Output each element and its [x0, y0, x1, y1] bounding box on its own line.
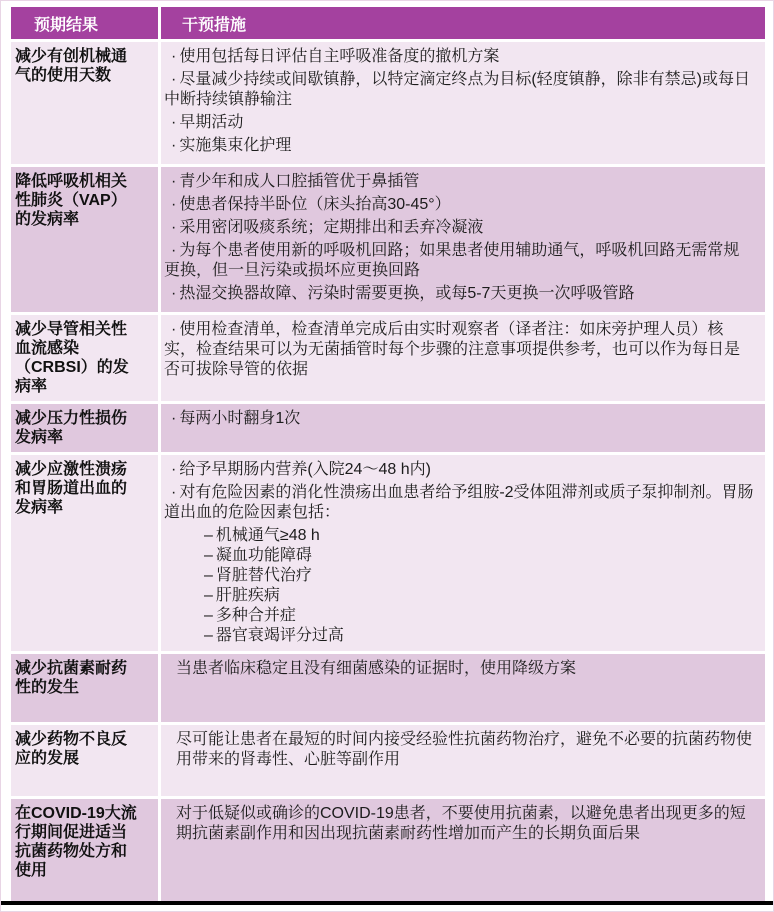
measures-cell: ·使用包括每日评估自主呼吸准备度的撤机方案·尽量减少持续或间歇镇静，以特定滴定终… — [161, 42, 765, 164]
measure-item: 当患者临床稳定且没有细菌感染的证据时，使用降级方案 — [164, 659, 755, 679]
measure-item: –机械通气≥48 h — [164, 526, 755, 546]
measure-item: ·使患者保持半卧位（床头抬高30-45°） — [164, 195, 755, 215]
measure-item: 对于低疑似或确诊的COVID-19患者，不要使用抗菌素，以避免患者出现更多的短期… — [164, 804, 755, 844]
table-row: 减少抗菌素耐药性的发生当患者临床稳定且没有细菌感染的证据时，使用降级方案 — [11, 654, 765, 722]
bullet-marker: · — [171, 196, 176, 213]
bullet-marker: · — [171, 219, 176, 236]
measure-item: ·使用包括每日评估自主呼吸准备度的撤机方案 — [164, 47, 755, 67]
bullet-marker: · — [171, 137, 176, 154]
table-row: 减少药物不良反应的发展尽可能让患者在最短的时间内接受经验性抗菌药物治疗，避免不必… — [11, 725, 765, 796]
measure-item: –器官衰竭评分过高 — [164, 626, 755, 646]
outcome-title: 减少抗菌素耐药性的发生 — [15, 659, 140, 697]
measure-item: –多种合并症 — [164, 606, 755, 626]
outcome-cell: 减少压力性损伤发病率 — [11, 404, 158, 452]
outcome-title: 减少有创机械通气的使用天数 — [15, 47, 140, 85]
bottom-rule — [1, 901, 773, 905]
measures-cell: 当患者临床稳定且没有细菌感染的证据时，使用降级方案 — [161, 654, 765, 722]
measure-item: ·为每个患者使用新的呼吸机回路；如果患者使用辅助通气，呼吸机回路无需常规更换，但… — [164, 241, 755, 281]
bullet-marker: · — [171, 461, 176, 478]
dash-marker: – — [204, 567, 213, 584]
table-row: 减少压力性损伤发病率·每两小时翻身1次 — [11, 404, 765, 452]
dash-marker: – — [204, 587, 213, 604]
measure-item: ·青少年和成人口腔插管优于鼻插管 — [164, 172, 755, 192]
table-row: 降低呼吸机相关性肺炎（VAP）的发病率·青少年和成人口腔插管优于鼻插管·使患者保… — [11, 167, 765, 312]
dash-marker: – — [204, 547, 213, 564]
document-page: 预期结果 干预措施 减少有创机械通气的使用天数·使用包括每日评估自主呼吸准备度的… — [0, 0, 774, 912]
outcome-cell: 减少应激性溃疡和胃肠道出血的发病率 — [11, 455, 158, 651]
bullet-marker: · — [171, 410, 176, 427]
outcome-cell: 降低呼吸机相关性肺炎（VAP）的发病率 — [11, 167, 158, 312]
outcome-cell: 减少有创机械通气的使用天数 — [11, 42, 158, 164]
measures-cell: ·给予早期肠内营养(入院24～48 h内)·对有危险因素的消化性溃疡出血患者给予… — [161, 455, 765, 651]
bullet-marker: · — [171, 173, 176, 190]
table-row: 减少导管相关性血流感染（CRBSI）的发病率·使用检查清单，检查清单完成后由实时… — [11, 315, 765, 401]
outcome-title: 减少压力性损伤发病率 — [15, 409, 140, 447]
interventions-table: 预期结果 干预措施 减少有创机械通气的使用天数·使用包括每日评估自主呼吸准备度的… — [11, 7, 765, 903]
bullet-marker: · — [171, 321, 176, 338]
measures-cell: ·每两小时翻身1次 — [161, 404, 765, 452]
table-body: 减少有创机械通气的使用天数·使用包括每日评估自主呼吸准备度的撤机方案·尽量减少持… — [11, 42, 765, 903]
header-interventions: 干预措施 — [161, 7, 765, 39]
measure-item: –凝血功能障碍 — [164, 546, 755, 566]
bullet-marker: · — [171, 48, 176, 65]
measures-cell: ·使用检查清单，检查清单完成后由实时观察者（译者注：如床旁护理人员）核实，检查结… — [161, 315, 765, 401]
bullet-marker: · — [171, 285, 176, 302]
measure-item: –肝脏疾病 — [164, 586, 755, 606]
outcome-title: 减少药物不良反应的发展 — [15, 730, 140, 768]
bullet-marker: · — [171, 71, 176, 88]
table-row: 减少应激性溃疡和胃肠道出血的发病率·给予早期肠内营养(入院24～48 h内)·对… — [11, 455, 765, 651]
outcome-title: 减少导管相关性血流感染（CRBSI）的发病率 — [15, 320, 140, 396]
measure-item: ·使用检查清单，检查清单完成后由实时观察者（译者注：如床旁护理人员）核实，检查结… — [164, 320, 755, 380]
measure-item: ·给予早期肠内营养(入院24～48 h内) — [164, 460, 755, 480]
dash-marker: – — [204, 527, 213, 544]
measure-item: ·实施集束化护理 — [164, 136, 755, 156]
measure-item: ·每两小时翻身1次 — [164, 409, 755, 429]
measures-cell: 尽可能让患者在最短的时间内接受经验性抗菌药物治疗，避免不必要的抗菌药物使用带来的… — [161, 725, 765, 796]
measure-item: ·采用密闭吸痰系统；定期排出和丢弃冷凝液 — [164, 218, 755, 238]
outcome-title: 在COVID-19大流行期间促进适当抗菌药物处方和使用 — [15, 804, 140, 880]
bullet-marker: · — [171, 242, 176, 259]
dash-marker: – — [204, 627, 213, 644]
measure-item: ·尽量减少持续或间歇镇静，以特定滴定终点为目标(轻度镇静，除非有禁忌)或每日中断… — [164, 70, 755, 110]
measures-cell: ·青少年和成人口腔插管优于鼻插管·使患者保持半卧位（床头抬高30-45°）·采用… — [161, 167, 765, 312]
outcome-cell: 减少导管相关性血流感染（CRBSI）的发病率 — [11, 315, 158, 401]
outcome-cell: 减少抗菌素耐药性的发生 — [11, 654, 158, 722]
measure-item: ·早期活动 — [164, 113, 755, 133]
measure-item: ·对有危险因素的消化性溃疡出血患者给予组胺-2受体阻滞剂或质子泵抑制剂。胃肠道出… — [164, 483, 755, 523]
measure-item: –肾脏替代治疗 — [164, 566, 755, 586]
outcome-cell: 减少药物不良反应的发展 — [11, 725, 158, 796]
bullet-marker: · — [171, 114, 176, 131]
measures-cell: 对于低疑似或确诊的COVID-19患者，不要使用抗菌素，以避免患者出现更多的短期… — [161, 799, 765, 903]
table-header-row: 预期结果 干预措施 — [11, 7, 765, 39]
header-expected-outcomes: 预期结果 — [11, 7, 158, 39]
bullet-marker: · — [171, 484, 176, 501]
table-row: 在COVID-19大流行期间促进适当抗菌药物处方和使用对于低疑似或确诊的COVI… — [11, 799, 765, 903]
table-row: 减少有创机械通气的使用天数·使用包括每日评估自主呼吸准备度的撤机方案·尽量减少持… — [11, 42, 765, 164]
dash-marker: – — [204, 607, 213, 624]
outcome-cell: 在COVID-19大流行期间促进适当抗菌药物处方和使用 — [11, 799, 158, 903]
outcome-title: 降低呼吸机相关性肺炎（VAP）的发病率 — [15, 172, 140, 229]
outcome-title: 减少应激性溃疡和胃肠道出血的发病率 — [15, 460, 140, 517]
measure-item: 尽可能让患者在最短的时间内接受经验性抗菌药物治疗，避免不必要的抗菌药物使用带来的… — [164, 730, 755, 770]
measure-item: ·热湿交换器故障、污染时需要更换，或每5-7天更换一次呼吸管路 — [164, 284, 755, 304]
